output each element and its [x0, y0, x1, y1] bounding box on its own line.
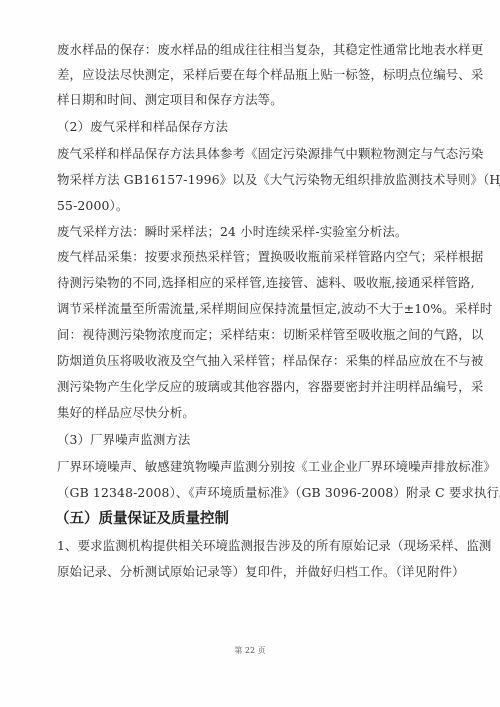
paragraph-line: 差，应设法尽快测定，采样后要在每个样品瓶上贴一标签，标明点位编号、采 [57, 68, 483, 82]
paragraph-line: 厂界环境噪声、敏感建筑物噪声监测分别按《工业企业厂界环境噪声排放标准》 [57, 460, 496, 474]
paragraph-line: 调节采样流量至所需流量,采样期间应保持流量恒定,波动不大于±10%。采样时 [57, 302, 492, 316]
paragraph-line: （GB 12348-2008）、《声环境质量标准》（GB 3096-2008）附… [57, 486, 500, 500]
paragraph-line: 废水样品的保存：废水样品的组成往往相当复杂，其稳定性通常比地表水样更 [57, 43, 483, 57]
paragraph-line: 待测污染物的不同,选择相应的采样管,连接管、滤料、吸收瓶,接通采样管路, [57, 276, 475, 290]
paragraph-line: 集好的样品应尽快分析。 [57, 406, 195, 420]
section-heading: （五）质量保证及质量控制 [55, 511, 229, 527]
paragraph-line: 防烟道负压将吸收液及空气抽入采样管；样品保存：采集的样品应放在不与被 [57, 354, 483, 368]
paragraph-line: 废气样品采集：按要求预热采样管；置换吸收瓶前采样管路内空气；采样根据 [57, 250, 483, 264]
page-number: 第 22 页 [0, 645, 500, 656]
subsection-heading: （3）厂界噪声监测方法 [57, 433, 190, 447]
paragraph-line: 55-2000）。 [57, 199, 128, 213]
paragraph-line: 废气采样方法：瞬时采样法；24 小时连续采样-实验室分析法。 [57, 225, 408, 239]
document-page: 废水样品的保存：废水样品的组成往往相当复杂，其稳定性通常比地表水样更 差，应设法… [0, 0, 500, 707]
paragraph-line: 废气采样和样品保存方法具体参考《固定污染源排气中颗粒物测定与气态污染 [57, 147, 483, 161]
paragraph-line: 原始记录、分析测试原始记录等）复印件，并做好归档工作。（详见附件） [57, 565, 465, 579]
paragraph-line: 1、要求监测机构提供相关环境监测报告涉及的所有原始记录（现场采样、监测 [57, 539, 491, 553]
subsection-heading: （2）废气采样和样品保存方法 [57, 120, 228, 134]
paragraph-line: 样日期和时间、测定项目和保存方法等。 [57, 93, 283, 107]
paragraph-line: 物采样方法 GB16157-1996》以及《大气污染物无组织排放监测技术导则》（… [57, 173, 500, 187]
paragraph-line: 测污染物产生化学反应的玻璃或其他容器内，容器要密封并注明样品编号，采 [57, 380, 483, 394]
paragraph-line: 间：视待测污染物浓度而定；采样结束：切断采样管至吸收瓶之间的气路，以 [57, 328, 483, 342]
